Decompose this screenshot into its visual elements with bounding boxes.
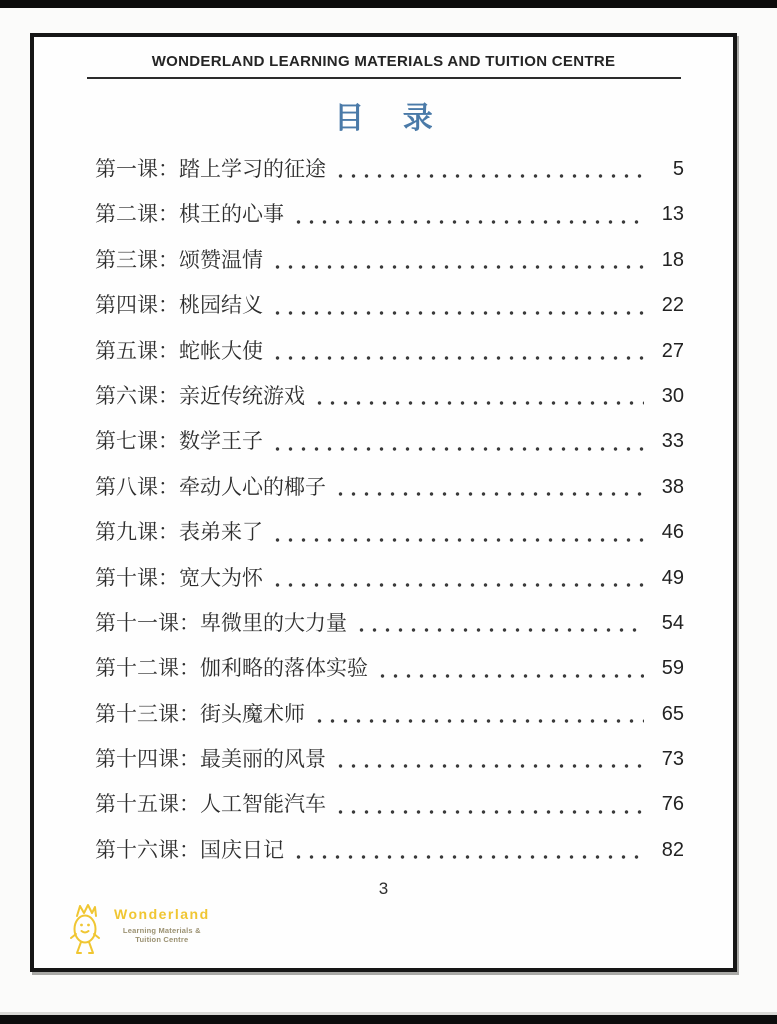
toc-entry-label: 第十三课：街头魔术师 <box>95 692 305 737</box>
toc-entry: 第五课：蛇帐大使 27 <box>95 329 684 374</box>
toc-entry-label: 第七课：数学王子 <box>95 419 263 464</box>
dot-leader <box>313 719 644 723</box>
dot-leader <box>334 810 644 814</box>
page-title: 目 录 <box>34 99 733 139</box>
logo-text-block: Wonderland Learning Materials & Tuition … <box>114 902 210 944</box>
toc-entry: 第二课：棋王的心事 13 <box>95 192 684 237</box>
toc-entry-label: 第十五课：人工智能汽车 <box>95 782 326 827</box>
dot-leader <box>271 311 644 315</box>
toc-entry-page-number: 5 <box>650 147 684 192</box>
dot-leader <box>334 764 644 768</box>
toc-entry-page-number: 27 <box>650 329 684 374</box>
logo-subtitle: Learning Materials & Tuition Centre <box>114 926 210 944</box>
toc-entry: 第十四课：最美丽的风景 73 <box>95 737 684 782</box>
toc-entry: 第八课：牵动人心的椰子 38 <box>95 465 684 510</box>
wonderland-logo: Wonderland Learning Materials & Tuition … <box>64 902 210 958</box>
dot-leader <box>271 265 644 269</box>
toc-entry-page-number: 65 <box>650 692 684 737</box>
logo-subtitle-line1: Learning Materials & <box>114 926 210 935</box>
toc-entry-page-number: 46 <box>650 510 684 555</box>
toc-entry-label: 第三课：颂赞温情 <box>95 238 263 283</box>
wonderland-mascot-icon <box>64 902 106 958</box>
toc-entry-label: 第六课：亲近传统游戏 <box>95 374 305 419</box>
toc-entry-page-number: 13 <box>650 192 684 237</box>
dot-leader <box>292 855 644 859</box>
dot-leader <box>313 401 644 405</box>
toc-entry-page-number: 59 <box>650 646 684 691</box>
toc-entry-label: 第十二课：伽利略的落体实验 <box>95 646 368 691</box>
toc-entry: 第九课：表弟来了 46 <box>95 510 684 555</box>
toc-entry: 第十二课：伽利略的落体实验 59 <box>95 646 684 691</box>
dot-leader <box>334 492 644 496</box>
toc-entry: 第十三课：街头魔术师 65 <box>95 692 684 737</box>
toc-entry-page-number: 54 <box>650 601 684 646</box>
dot-leader <box>271 356 644 360</box>
dot-leader <box>271 538 644 542</box>
toc-entry-page-number: 82 <box>650 828 684 873</box>
toc-entry: 第七课：数学王子 33 <box>95 419 684 464</box>
dot-leader <box>355 628 644 632</box>
toc-entry-page-number: 33 <box>650 419 684 464</box>
dot-leader <box>376 674 644 678</box>
page-frame: WONDERLAND LEARNING MATERIALS AND TUITIO… <box>30 33 737 972</box>
toc-entry-label: 第八课：牵动人心的椰子 <box>95 465 326 510</box>
toc-entry-page-number: 76 <box>650 782 684 827</box>
dot-leader <box>334 174 644 178</box>
toc-entry-label: 第一课：踏上学习的征途 <box>95 147 326 192</box>
toc-entry: 第六课：亲近传统游戏 30 <box>95 374 684 419</box>
toc-entry: 第三课：颂赞温情 18 <box>95 238 684 283</box>
toc-entry-label: 第四课：桃园结义 <box>95 283 263 328</box>
dot-leader <box>271 583 644 587</box>
top-edge-bar <box>0 0 777 8</box>
toc-entry-label: 第十课：宽大为怀 <box>95 556 263 601</box>
scanned-page: { "page": { "header": "WONDERLAND LEARNI… <box>0 0 777 1024</box>
toc-entry: 第十六课：国庆日记 82 <box>95 828 684 873</box>
toc-entry-page-number: 49 <box>650 556 684 601</box>
toc-entry-label: 第五课：蛇帐大使 <box>95 329 263 374</box>
toc-entry-label: 第二课：棋王的心事 <box>95 192 284 237</box>
toc-entry: 第四课：桃园结义 22 <box>95 283 684 328</box>
toc-entry-page-number: 38 <box>650 465 684 510</box>
dot-leader <box>271 447 644 451</box>
logo-subtitle-line2: Tuition Centre <box>114 935 210 944</box>
toc-entry: 第十五课：人工智能汽车 76 <box>95 782 684 827</box>
logo-name: Wonderland <box>114 906 210 922</box>
toc-entry-label: 第九课：表弟来了 <box>95 510 263 555</box>
toc-list: 第一课：踏上学习的征途 5 第二课：棋王的心事 13 第三课：颂赞温情 18 第… <box>34 147 733 873</box>
dot-leader <box>292 220 644 224</box>
toc-entry: 第十课：宽大为怀 49 <box>95 556 684 601</box>
toc-entry-page-number: 30 <box>650 374 684 419</box>
toc-entry-label: 第十四课：最美丽的风景 <box>95 737 326 782</box>
toc-entry-page-number: 18 <box>650 238 684 283</box>
document-header: WONDERLAND LEARNING MATERIALS AND TUITIO… <box>87 53 681 79</box>
toc-entry: 第十一课：卑微里的大力量 54 <box>95 601 684 646</box>
toc-entry-label: 第十六课：国庆日记 <box>95 828 284 873</box>
folio-page-number: 3 <box>34 879 733 899</box>
bottom-edge-bar <box>0 1012 777 1024</box>
toc-entry-page-number: 22 <box>650 283 684 328</box>
toc-entry: 第一课：踏上学习的征途 5 <box>95 147 684 192</box>
toc-entry-label: 第十一课：卑微里的大力量 <box>95 601 347 646</box>
toc-entry-page-number: 73 <box>650 737 684 782</box>
